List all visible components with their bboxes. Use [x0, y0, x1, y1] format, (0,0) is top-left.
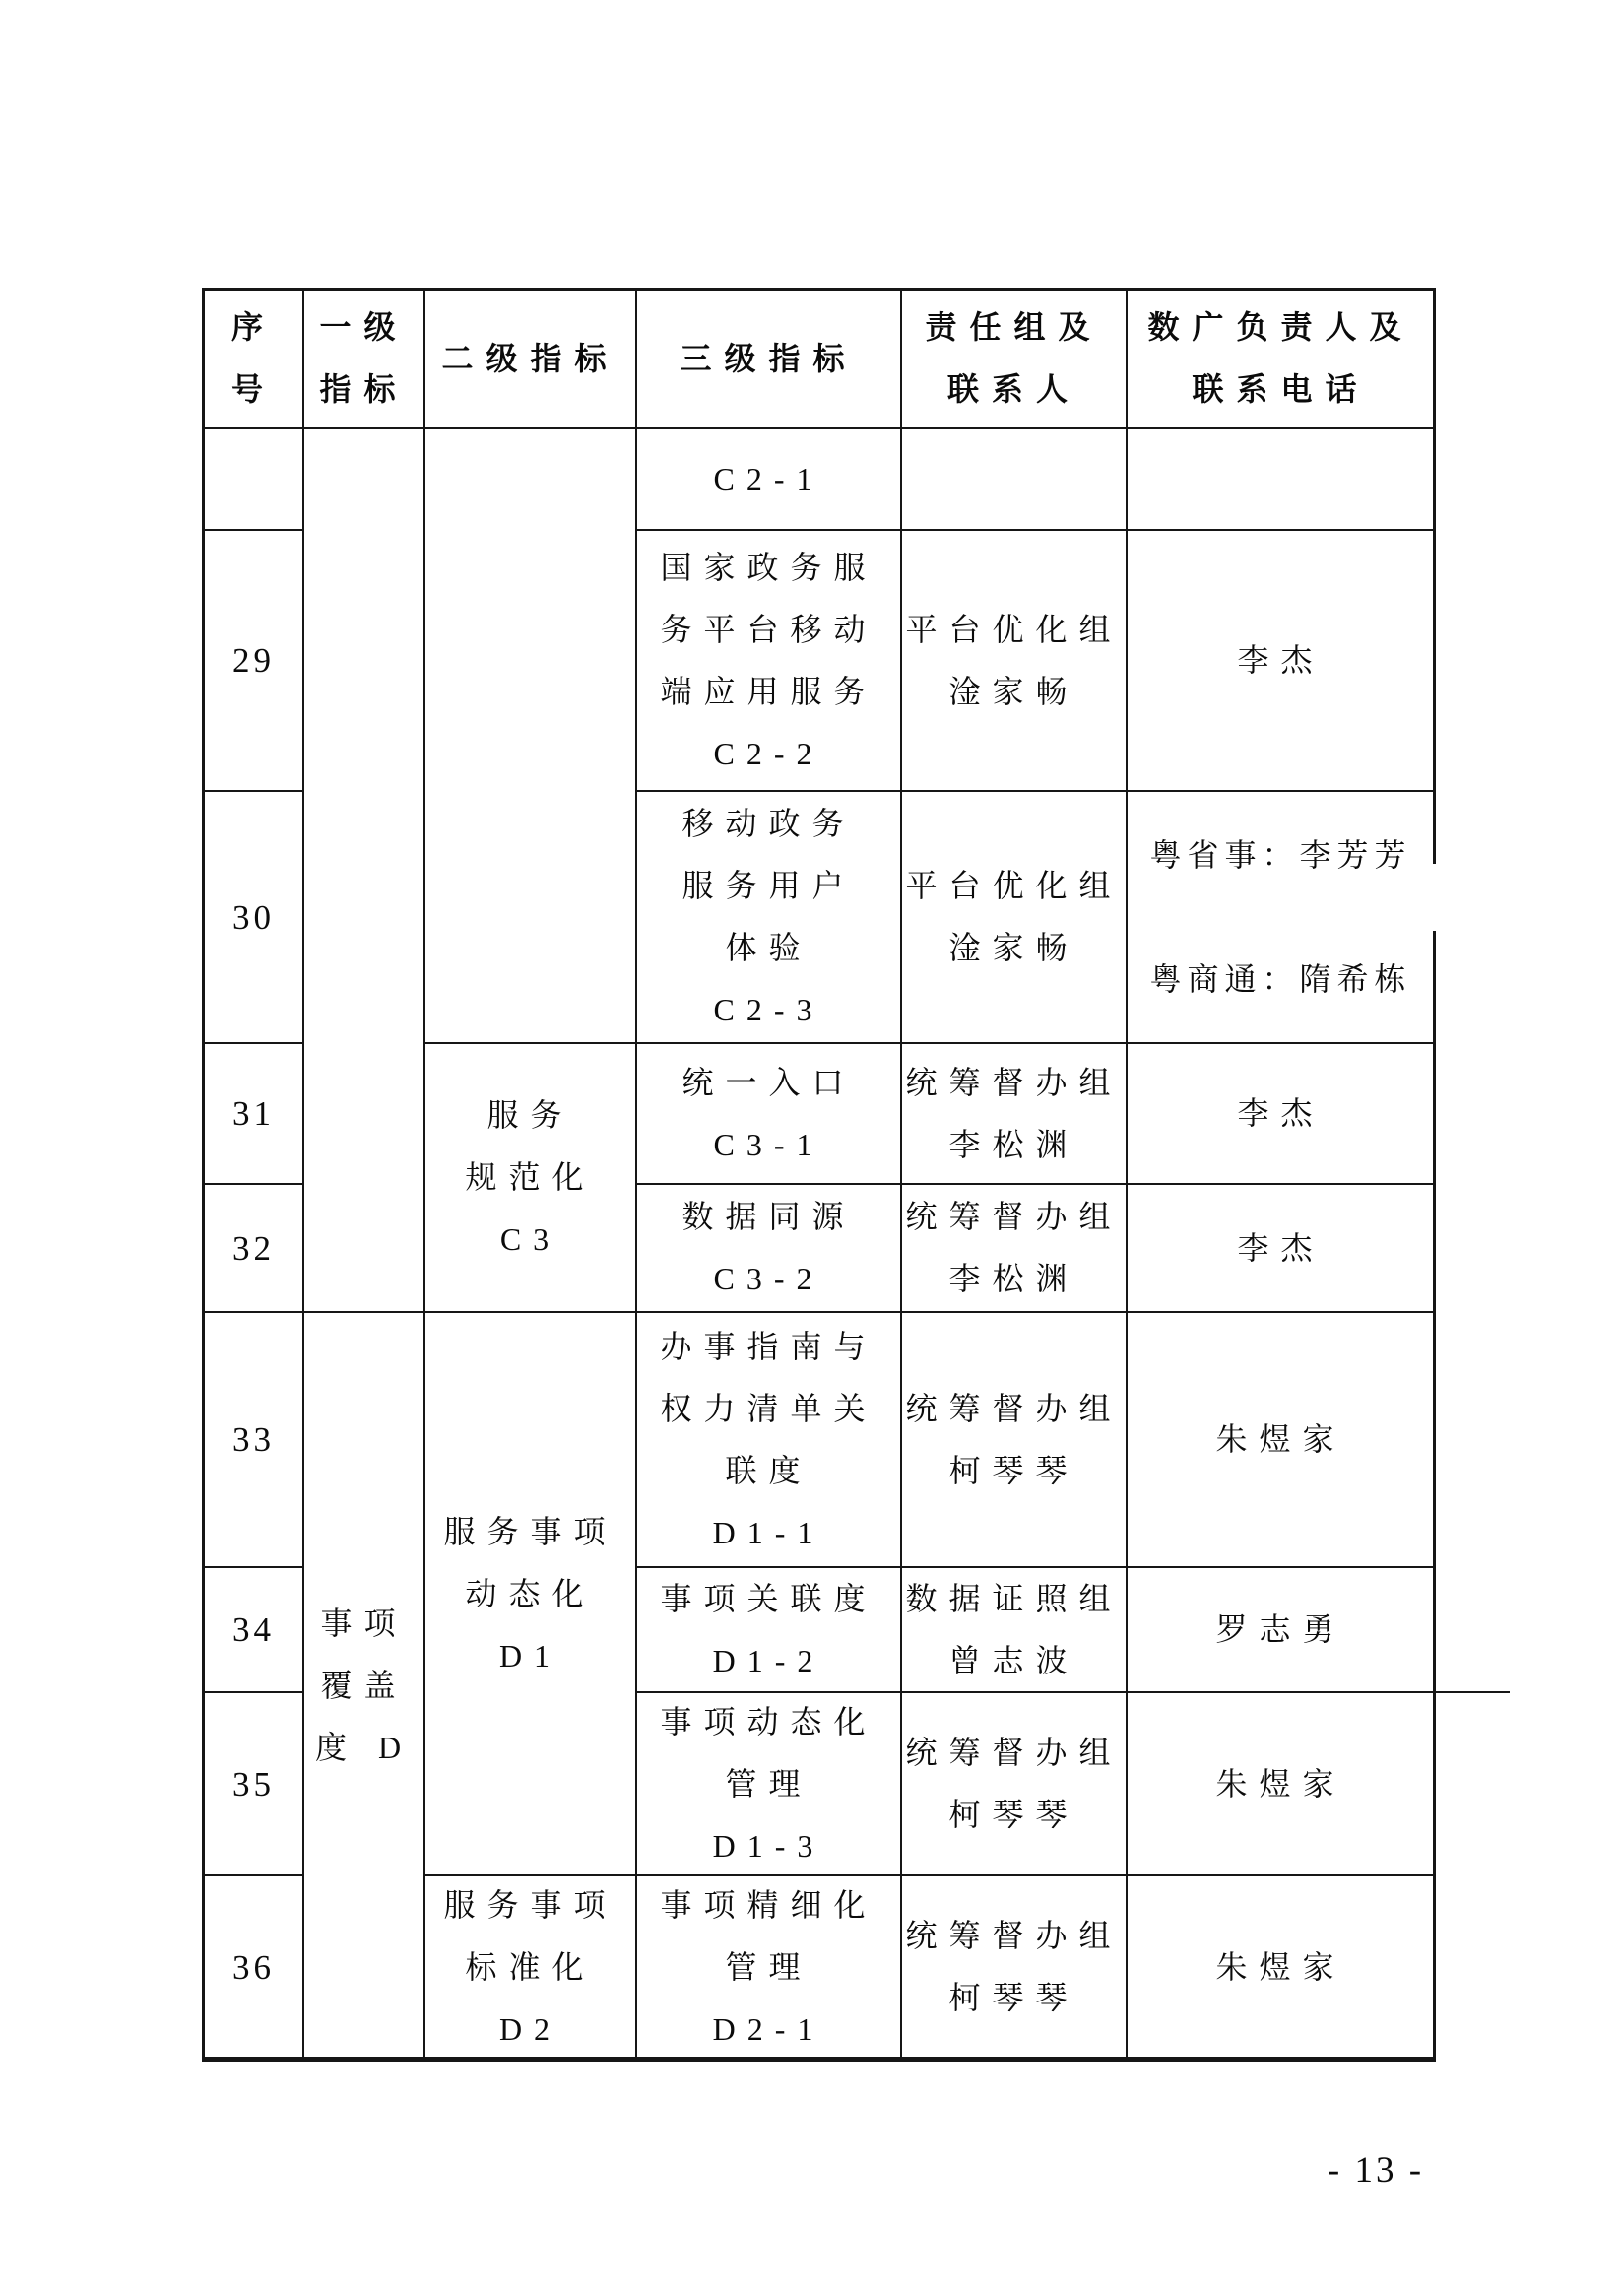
group-29: 平台优化组 淦家畅 [901, 530, 1127, 791]
contact-34: 罗志勇 [1127, 1567, 1435, 1692]
document-page: 序 号 一级 指标 二级指标 三级指标 责任组及 联系人 数广负责人及 联系电话… [0, 0, 1621, 2296]
row-line-c21-main [635, 529, 1436, 531]
row-line-35-seq [202, 1874, 304, 1876]
indicator-d1-1: 办事指南与 权力清单关 联度 D1-1 [636, 1312, 901, 1567]
row-line-31-seq [202, 1183, 304, 1185]
seq-36: 36 [204, 1875, 303, 2059]
header-level1: 一级 指标 [303, 289, 424, 428]
indicator-c2-3: 移动政务 服务用户 体验 C2-3 [636, 791, 901, 1043]
row-line-29-main [635, 790, 1436, 792]
seq-33: 33 [204, 1312, 303, 1567]
seq-31: 31 [204, 1043, 303, 1184]
group-33: 统筹督办组 柯琴琴 [901, 1312, 1127, 1567]
row-line-34-seq [202, 1691, 304, 1693]
header-contact: 数广负责人及 联系电话 [1127, 289, 1435, 428]
seq-32: 32 [204, 1184, 303, 1312]
group-31: 统筹督办组 李松渊 [901, 1043, 1127, 1184]
level2-cell-d2: 服务事项 标准化 D2 [424, 1875, 636, 2059]
row-line-33-main [635, 1566, 1436, 1568]
table-divider-v3 [635, 288, 637, 2061]
level2-cell-c3: 服务 规范化 C3 [424, 1043, 636, 1312]
header-group: 责任组及 联系人 [901, 289, 1127, 428]
contact-33: 朱煜家 [1127, 1312, 1435, 1567]
header-level3: 三级指标 [636, 289, 901, 428]
group-36: 统筹督办组 柯琴琴 [901, 1875, 1127, 2059]
indicator-c3-1: 统一入口 C3-1 [636, 1043, 901, 1184]
table-divider-v4 [900, 288, 902, 2061]
table-border-top [202, 288, 1436, 291]
page-number: - 13 - [1312, 2147, 1440, 2195]
row-line-33-seq [202, 1566, 304, 1568]
row-line-30-main [423, 1042, 1436, 1044]
table-divider-v5 [1126, 288, 1128, 2061]
row-line-32-full [202, 1311, 1436, 1313]
seq-29: 29 [204, 530, 303, 791]
contact-36: 朱煜家 [1127, 1875, 1435, 2059]
table-border-bottom [202, 2057, 1436, 2062]
indicator-d2-1: 事项精细化 管理 D2-1 [636, 1875, 901, 2059]
indicator-c2-1: C2-1 [636, 428, 901, 530]
seq-30: 30 [204, 791, 303, 1043]
row-line-35-main [423, 1874, 1436, 1876]
indicator-d1-2: 事项关联度 D1-2 [636, 1567, 901, 1692]
indicator-c3-2: 数据同源 C3-2 [636, 1184, 901, 1312]
contact-32: 李杰 [1127, 1184, 1435, 1312]
level1-cell-d: 事项 覆盖 度 D [303, 1312, 424, 2059]
group-35: 统筹督办组 柯琴琴 [901, 1692, 1127, 1875]
contact-35: 朱煜家 [1127, 1692, 1435, 1875]
group-30: 平台优化组 淦家畅 [901, 791, 1127, 1043]
table-border-left [202, 288, 205, 2061]
contact-31: 李杰 [1127, 1043, 1435, 1184]
row-line-31-main [635, 1183, 1436, 1185]
row-line-29-seq [202, 790, 304, 792]
table-divider-v2 [423, 288, 425, 2061]
table-border-right-lower [1433, 931, 1436, 2061]
row-line-34-main-overhang [635, 1691, 1510, 1693]
table-border-right-upper [1433, 288, 1436, 864]
seq-35: 35 [204, 1692, 303, 1875]
contact-29: 李杰 [1127, 530, 1435, 791]
indicator-c2-2: 国家政务服 务平台移动 端应用服务 C2-2 [636, 530, 901, 791]
indicator-d1-3: 事项动态化 管理 D1-3 [636, 1692, 901, 1875]
seq-34: 34 [204, 1567, 303, 1692]
group-32: 统筹督办组 李松渊 [901, 1184, 1127, 1312]
header-level2: 二级指标 [424, 289, 636, 428]
contact-30: 粤省事：李芳芳 粤商通：隋希栋 [1127, 791, 1435, 1043]
level2-cell-d1: 服务事项 动态化 D1 [424, 1312, 636, 1875]
table-divider-v1 [302, 288, 304, 2061]
row-line-30-seq [202, 1042, 304, 1044]
row-line-header-bottom [202, 427, 1436, 429]
row-line-c21-seq [202, 529, 304, 531]
group-34: 数据证照组 曾志波 [901, 1567, 1127, 1692]
header-seq: 序 号 [204, 289, 303, 428]
